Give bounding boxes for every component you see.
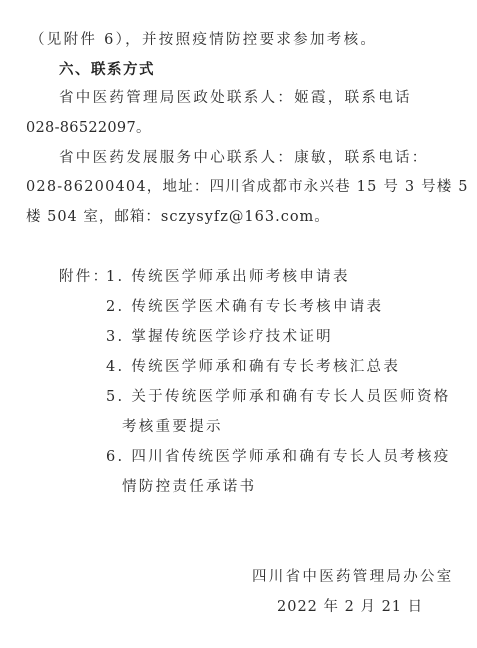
contact1-phone: 028-86522097。 <box>26 118 151 138</box>
attachment-item: 6. 四川省传统医学师承和确有专长人员考核疫 <box>106 447 451 467</box>
attachment-item: 5. 关于传统医学师承和确有专长人员医师资格 <box>106 387 451 407</box>
signature-date: 2022 年 2 月 21 日 <box>277 597 423 617</box>
signature-org: 四川省中医药管理局办公室 <box>252 567 454 587</box>
contact2-email: 楼 504 室，邮箱：sczysyfz@163.com。 <box>26 207 330 227</box>
attachment-item: 3. 掌握传统医学诊疗技术证明 <box>106 327 333 347</box>
paragraph-line: （见附件 6），并按照疫情防控要求参加考核。 <box>30 30 377 50</box>
section-heading: 六、联系方式 <box>59 60 155 80</box>
attachment-item: 1. 传统医学师承出师考核申请表 <box>106 267 350 287</box>
attachments-label: 附件： <box>59 267 109 287</box>
attachment-item: 2. 传统医学医术确有专长考核申请表 <box>106 297 383 317</box>
attachment-item-continued: 考核重要提示 <box>122 417 223 437</box>
contact2-address: 028-86200404，地址：四川省成都市永兴巷 15 号 3 号楼 5 <box>26 177 469 197</box>
attachment-item-continued: 情防控责任承诺书 <box>122 477 256 497</box>
attachment-item: 4. 传统医学师承和确有专长考核汇总表 <box>106 357 400 377</box>
contact1-line: 省中医药管理局医政处联系人：姬霞，联系电话 <box>59 88 412 108</box>
contact2-line: 省中医药发展服务中心联系人：康敏，联系电话： <box>59 148 429 168</box>
